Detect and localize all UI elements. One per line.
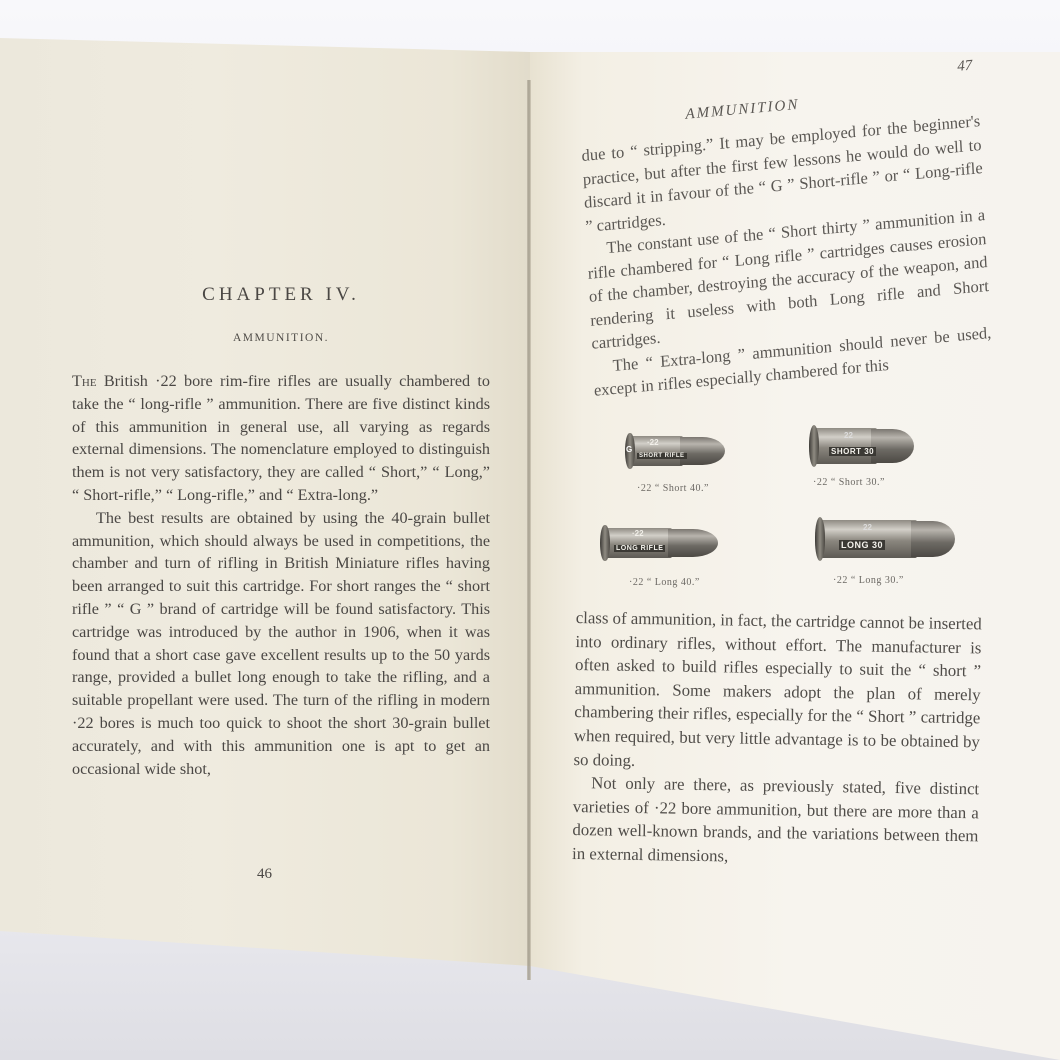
paragraph: The best results are obtained by using t… [72,507,490,781]
page-number-right: 47 [957,58,973,76]
left-body-text: The British ·22 bore rim-fire rifles are… [72,370,490,780]
cartridge-long-40-illustration: ·22 LONG RIFLE [600,525,718,561]
cartridge-short-30-illustration: 22 SHORT 30 [809,425,914,467]
cartridge-stamp-caliber: 22 [844,431,853,440]
open-book: CHAPTER IV. AMMUNITION. The British ·22 … [0,0,1060,1060]
cartridge-stamp-caliber: ·22 [632,529,644,538]
right-top-body-text: due to “ stripping.” It may be employed … [581,109,993,402]
figure-caption: ·22 “ Long 40.” [629,577,700,588]
chapter-title: CHAPTER IV. [72,284,490,306]
section-title: AMMUNITION. [72,332,490,344]
book-spine [527,80,531,980]
cartridge-stamp-caliber: 22 [863,523,872,532]
cartridge-stamp-name: LONG 30 [839,540,885,550]
cartridge-long-30-illustration: 22 LONG 30 [815,517,955,561]
page-number-left: 46 [257,866,272,883]
left-page-content: CHAPTER IV. AMMUNITION. The British ·22 … [72,284,490,780]
cartridge-stamp-name: LONG RIFLE [614,545,665,552]
cartridge-short-40-illustration: ·22 SHORT RIFLE G [625,433,725,469]
cartridge-stamp-name: SHORT RIFLE [637,453,687,459]
figure-caption: ·22 “ Short 30.” [813,477,885,488]
right-bottom-body-text: class of ammunition, in fact, the cartri… [572,606,982,872]
cartridge-head-letter: G [626,445,632,454]
paragraph-text: British ·22 bore rim-fire rifles are usu… [72,372,490,504]
paragraph: The British ·22 bore rim-fire rifles are… [72,370,490,507]
paragraph: Not only are there, as previously stated… [572,771,979,872]
figure-caption: ·22 “ Long 30.” [833,575,904,586]
cartridge-stamp-name: SHORT 30 [829,447,876,456]
cartridge-illustrations: ·22 SHORT RIFLE G ·22 “ Short 40.” 22 SH… [585,415,975,595]
figure-caption: ·22 “ Short 40.” [637,483,709,494]
paragraph: class of ammunition, in fact, the cartri… [573,606,982,778]
drop-lead-word: The [72,372,97,390]
cartridge-stamp-caliber: ·22 [647,438,659,447]
